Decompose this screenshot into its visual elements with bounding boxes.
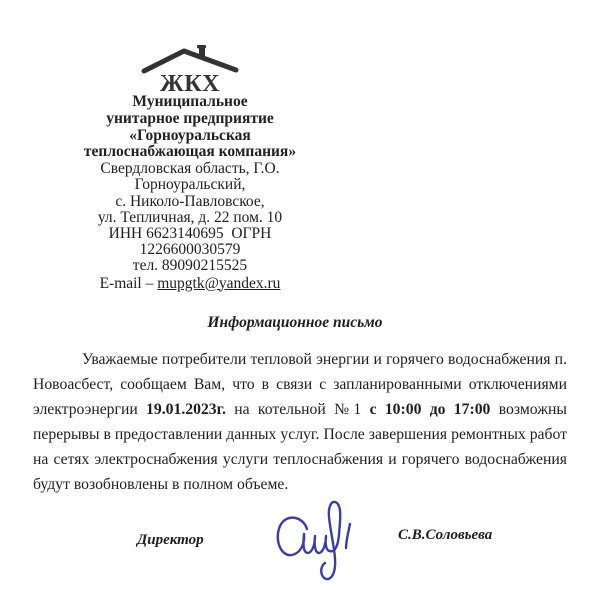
body-text: на котельной №1 bbox=[226, 401, 370, 418]
address-line: с. Николо-Павловское, bbox=[45, 194, 335, 210]
address-line: Горноуральский, bbox=[45, 177, 335, 193]
inn-ogrn-line: ИНН 6623140695 ОГРН bbox=[45, 226, 335, 242]
signer-role: Директор bbox=[137, 532, 204, 549]
logo-text: ЖКХ bbox=[140, 74, 240, 94]
body-paragraph: Уважаемые потребители тепловой энергии и… bbox=[33, 347, 567, 497]
company-logo: ЖКХ bbox=[140, 44, 240, 94]
scanned-letter-page: ЖКХ Муниципальное унитарное предприятие … bbox=[0, 0, 590, 590]
document-title: Информационное письмо bbox=[0, 314, 590, 332]
body-date-bold: 19.01.2023г. bbox=[146, 401, 226, 418]
body-time-bold: с 10:00 до 17:00 bbox=[370, 401, 491, 418]
email-line: E-mail – mupgtk@yandex.ru bbox=[45, 275, 335, 292]
org-name-line: «Горноуральская bbox=[45, 128, 335, 145]
phone-line: тел. 89090215525 bbox=[45, 258, 335, 274]
org-name-line: Муниципальное bbox=[45, 94, 335, 111]
address-line: Свердловская область, Г.О. bbox=[45, 161, 335, 177]
email-label: E-mail – bbox=[100, 275, 158, 292]
org-name-line: унитарное предприятие bbox=[45, 111, 335, 128]
handwritten-signature bbox=[268, 496, 368, 588]
ogrn-number-line: 1226600030579 bbox=[45, 242, 335, 258]
signer-name: С.В.Соловьева bbox=[398, 527, 492, 544]
address-line: ул. Тепличная, д. 22 пом. 10 bbox=[45, 210, 335, 226]
org-name-line: теплоснабжающая компания» bbox=[45, 144, 335, 161]
email-address: mupgtk@yandex.ru bbox=[157, 275, 280, 292]
letterhead: ЖКХ Муниципальное унитарное предприятие … bbox=[45, 44, 335, 292]
